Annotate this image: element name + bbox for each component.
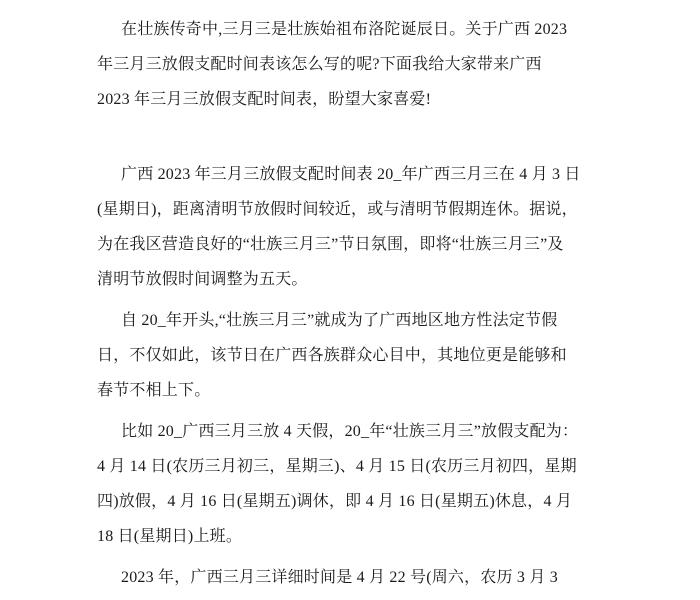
text-line: 广西 2023 年三月三放假支配时间表 20_年广西三月三在 4 月 3 日	[97, 157, 607, 192]
text-line: 18 日(星期日)上班。	[97, 519, 607, 554]
paragraph: 2023 年，广西三月三详细时间是 4 月 22 号(周六，农历 3 月 3	[97, 560, 607, 595]
text-line: 比如 20_广西三月三放 4 天假，20_年“壮族三月三”放假支配为：	[97, 414, 607, 449]
document-page: 在壮族传奇中,三月三是壮族始祖布洛陀诞辰日。关于广西 2023年三月三放假支配时…	[97, 12, 607, 600]
text-line: 2023 年三月三放假支配时间表，盼望大家喜爱!	[97, 82, 607, 117]
paragraph: 在壮族传奇中,三月三是壮族始祖布洛陀诞辰日。关于广西 2023年三月三放假支配时…	[97, 12, 607, 117]
document-background: { "document": { "background_color": "#ff…	[0, 0, 700, 600]
text-line: 为在我区营造良好的“壮族三月三”节日氛围，即将“壮族三月三”及	[97, 227, 607, 262]
paragraph: 自 20_年开头,“壮族三月三”就成为了广西地区地方性法定节假日，不仅如此，该节…	[97, 303, 607, 408]
text-line: 年三月三放假支配时间表该怎么写的呢?下面我给大家带来广西	[97, 47, 607, 82]
text-line: 4 月 14 日(农历三月初三，星期三)、4 月 15 日(农历三月初四，星期	[97, 449, 607, 484]
text-line: 日，不仅如此，该节日在广西各族群众心目中，其地位更是能够和	[97, 338, 607, 373]
paragraph: 比如 20_广西三月三放 4 天假，20_年“壮族三月三”放假支配为：4 月 1…	[97, 414, 607, 554]
empty-line	[97, 123, 607, 157]
text-line: 清明节放假时间调整为五天。	[97, 262, 607, 297]
text-line: 自 20_年开头,“壮族三月三”就成为了广西地区地方性法定节假	[97, 303, 607, 338]
text-line: 2023 年，广西三月三详细时间是 4 月 22 号(周六，农历 3 月 3	[97, 560, 607, 595]
text-line: (星期日)，距离清明节放假时间较近，或与清明节假期连休。据说，	[97, 192, 607, 227]
text-line: 春节不相上下。	[97, 373, 607, 408]
document-text: 在壮族传奇中,三月三是壮族始祖布洛陀诞辰日。关于广西 2023年三月三放假支配时…	[97, 12, 607, 595]
text-line: 四)放假，4 月 16 日(星期五)调休，即 4 月 16 日(星期五)休息，4…	[97, 484, 607, 519]
text-line: 在壮族传奇中,三月三是壮族始祖布洛陀诞辰日。关于广西 2023	[97, 12, 607, 47]
paragraph: 广西 2023 年三月三放假支配时间表 20_年广西三月三在 4 月 3 日(星…	[97, 157, 607, 297]
